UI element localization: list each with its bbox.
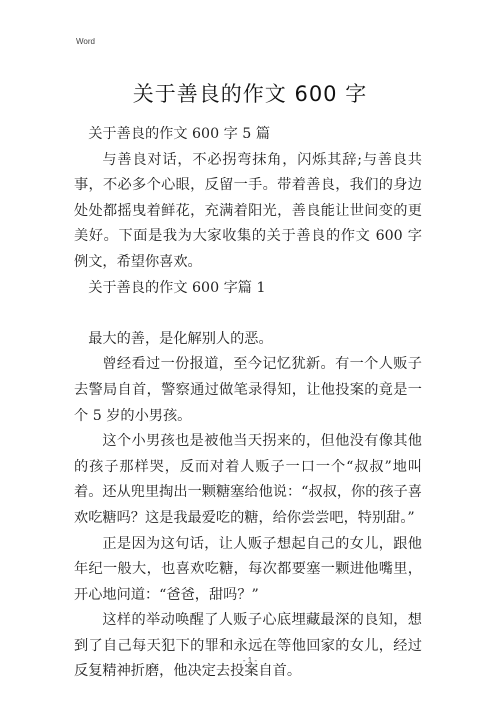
body-paragraph: 这样的举动唤醒了人贩子心底埋藏最深的良知，想到了自己每天犯下的罪和永远在等他回家… (74, 608, 422, 685)
document-body: 关于善良的作文 600 字 5 篇 与善良对话，不必拐弯抹角，闪烁其辞;与善良共… (74, 122, 422, 685)
body-paragraph: 这个小男孩也是被他当天拐来的，但他没有像其他的孩子那样哭，反而对着人贩子一口一个… (74, 429, 422, 531)
body-paragraph: 曾经看过一份报道，至今记忆犹新。有一个人贩子去警局自首，警察通过做笔录得知，让他… (74, 352, 422, 429)
blank-line (74, 301, 422, 327)
subtitle-paragraph: 关于善良的作文 600 字 5 篇 (74, 122, 422, 148)
body-paragraph: 最大的善，是化解别人的恶。 (74, 327, 422, 353)
body-paragraph: 正是因为这句话，让人贩子想起自己的女儿，跟他年纪一般大，也喜欢吃糖，每次都要塞一… (74, 532, 422, 609)
header-label: Word (76, 37, 95, 46)
page-number: - 1 - (0, 656, 500, 665)
intro-paragraph: 与善良对话，不必拐弯抹角，闪烁其辞;与善良共事，不必多个心眼，反留一手。带着善良… (74, 148, 422, 276)
section-heading: 关于善良的作文 600 字篇 1 (74, 276, 422, 302)
document-title: 关于善良的作文 600 字 (0, 78, 500, 108)
